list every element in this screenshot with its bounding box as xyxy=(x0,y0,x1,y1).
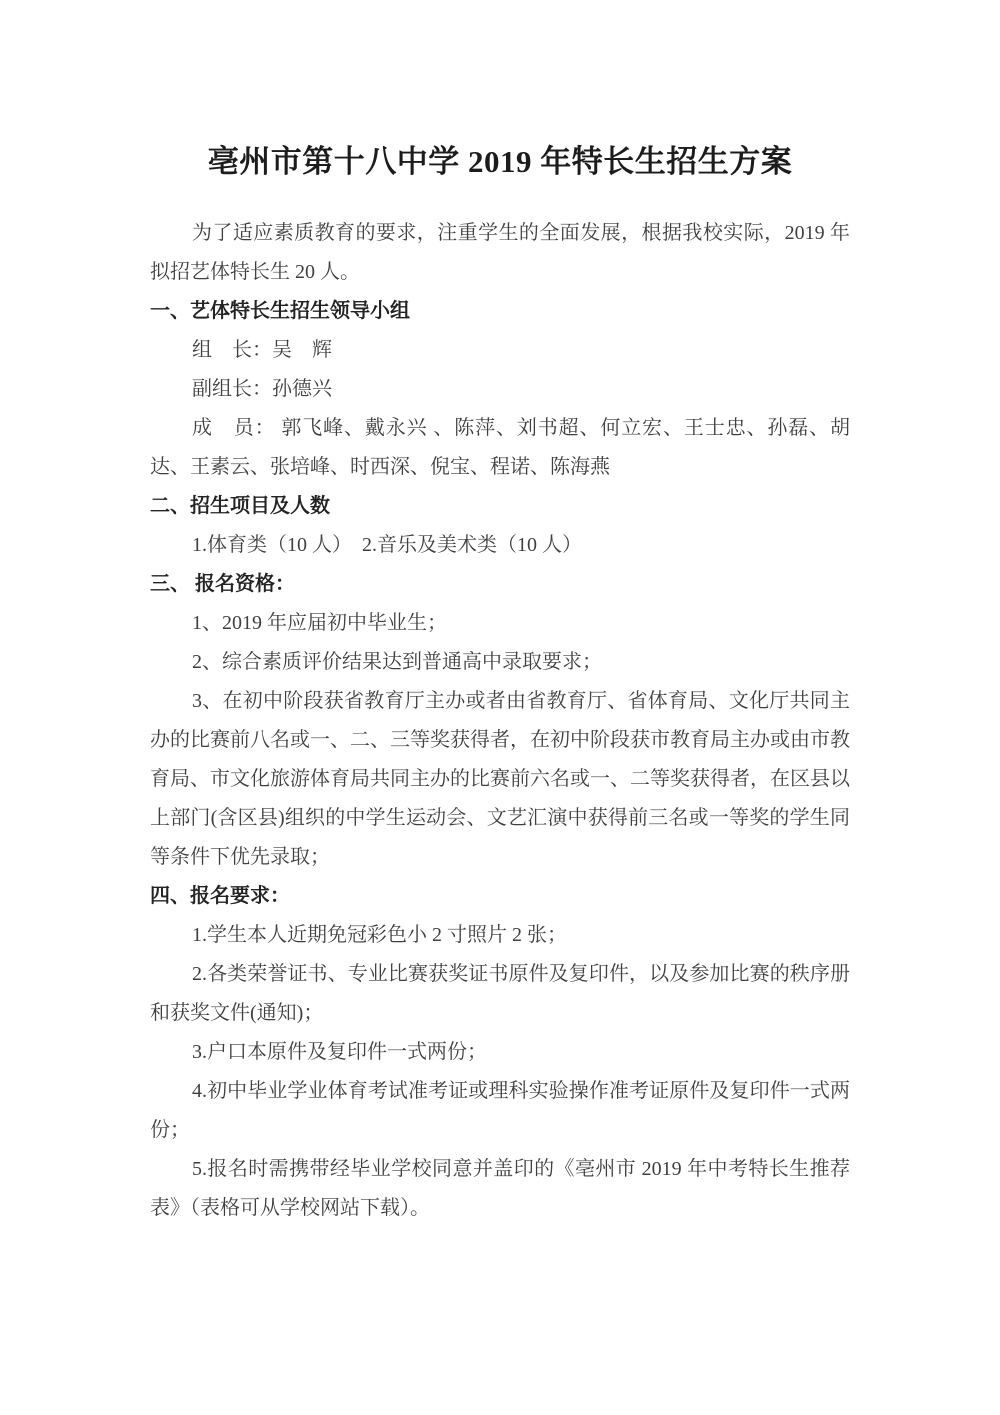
requirement-item-1: 1.学生本人近期免冠彩色小 2 寸照片 2 张； xyxy=(150,916,850,955)
eligibility-item-3: 3、在初中阶段获省教育厅主办或者由省教育厅、省体育局、文化厅共同主办的比赛前八名… xyxy=(150,682,850,877)
intro-paragraph: 为了适应素质教育的要求，注重学生的全面发展，根据我校实际，2019 年拟招艺体特… xyxy=(150,214,850,292)
document-page: 亳州市第十八中学 2019 年特长生招生方案 为了适应素质教育的要求，注重学生的… xyxy=(0,0,1000,1415)
requirement-item-2: 2.各类荣誉证书、专业比赛获奖证书原件及复印件，以及参加比赛的秩序册和获奖文件(… xyxy=(150,955,850,1033)
eligibility-item-1: 1、2019 年应届初中毕业生； xyxy=(150,604,850,643)
requirement-item-5: 5.报名时需携带经毕业学校同意并盖印的《亳州市 2019 年中考特长生推荐表》（… xyxy=(150,1150,850,1228)
section-heading-eligibility: 三、 报名资格： xyxy=(150,565,850,604)
section-heading-leadership-group: 一、艺体特长生招生领导小组 xyxy=(150,292,850,331)
section-heading-requirements: 四、报名要求： xyxy=(150,877,850,916)
document-title: 亳州市第十八中学 2019 年特长生招生方案 xyxy=(150,138,850,186)
requirement-item-3: 3.户口本原件及复印件一式两份； xyxy=(150,1033,850,1072)
deputy-leader-line: 副组长：孙德兴 xyxy=(150,370,850,409)
members-line: 成 员： 郭飞峰、戴永兴 、陈萍、刘书超、何立宏、王士忠、孙磊、胡达、王素云、张… xyxy=(150,409,850,487)
eligibility-item-2: 2、综合素质评价结果达到普通高中录取要求； xyxy=(150,643,850,682)
section-heading-programs: 二、招生项目及人数 xyxy=(150,487,850,526)
document-content: 亳州市第十八中学 2019 年特长生招生方案 为了适应素质教育的要求，注重学生的… xyxy=(150,138,850,1228)
programs-line: 1.体育类（10 人） 2.音乐及美术类（10 人） xyxy=(150,526,850,565)
requirement-item-4: 4.初中毕业学业体育考试准考证或理科实验操作准考证原件及复印件一式两份； xyxy=(150,1072,850,1150)
leader-line: 组 长：吴 辉 xyxy=(150,331,850,370)
